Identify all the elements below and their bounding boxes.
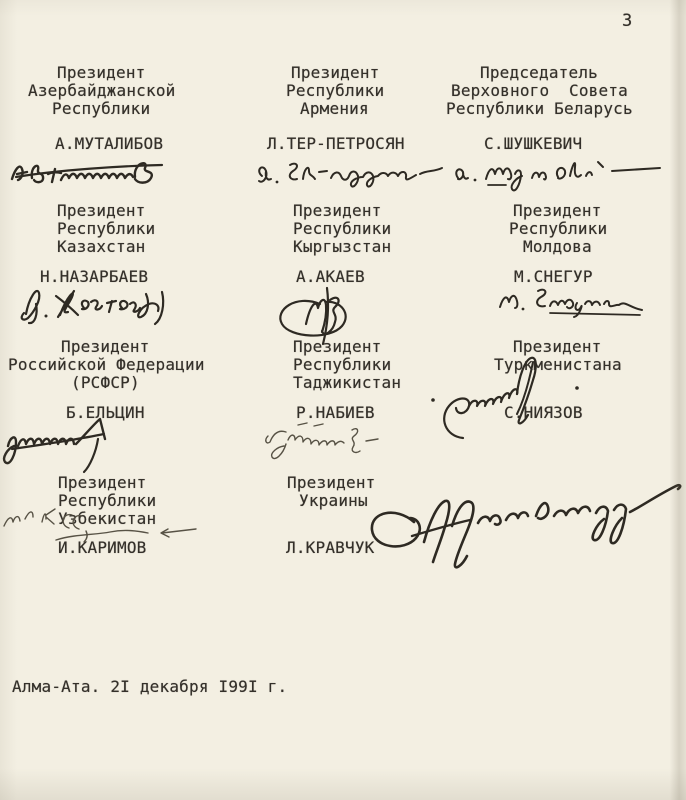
signatory-title-line: Российской Федерации [8, 357, 205, 373]
signatory-title-line: Президент [57, 203, 146, 219]
signatory-title-line: Президент [291, 65, 380, 81]
signatory-title-line: (РСФСР) [71, 375, 140, 391]
signatory-name: Л.ТЕР-ПЕТРОСЯН [267, 136, 405, 152]
signatory-title-line: Президент [513, 203, 602, 219]
signatory-title-line: Председатель [480, 65, 598, 81]
ter-petrosyan-signature [250, 156, 455, 200]
signatory-title-line: Президент [293, 203, 382, 219]
signatory-title-line: Республики [52, 101, 150, 117]
mutalibov-signature [8, 152, 180, 192]
signatory-title-line: Армения [300, 101, 369, 117]
signatory-title-line: Президент [57, 65, 146, 81]
signatory-title-line: Азербайджанской [28, 83, 176, 99]
signatory-title-line: Республики [509, 221, 607, 237]
niyazov-signature [425, 338, 597, 448]
signatory-title-line: Республики Беларусь [446, 101, 633, 117]
signatory-title-line: Республики [286, 83, 384, 99]
signatory-title-line: Верховного Совета [451, 83, 628, 99]
yeltsin-signature [0, 412, 165, 480]
snegur-signature [492, 280, 648, 320]
kravchuk-signature [352, 478, 686, 572]
nazarbayev-signature [12, 274, 202, 334]
signatory-title-line: Республики [293, 357, 391, 373]
signatory-name: А.МУТАЛИБОВ [55, 136, 163, 152]
page-number: 3 [622, 13, 632, 29]
nabiyev-signature [260, 416, 412, 468]
signatory-title-line: Таджикистан [293, 375, 401, 391]
akayev-signature [268, 276, 368, 354]
signatory-title-line: Молдова [523, 239, 592, 255]
shushkevich-signature [448, 150, 668, 202]
signatory-title-line: Казахстан [57, 239, 146, 255]
signatory-title-line: Кыргызстан [293, 239, 391, 255]
date-line: Алма-Ата. 2I декабря I99I г. [12, 679, 287, 695]
signatory-title-line: Республики [57, 221, 155, 237]
signatory-title-line: Президент [61, 339, 150, 355]
document-page: 3 Президент Азербайджанской Республики А… [0, 0, 686, 800]
signatory-title-line: Республики [293, 221, 391, 237]
karimov-signature [0, 498, 210, 554]
